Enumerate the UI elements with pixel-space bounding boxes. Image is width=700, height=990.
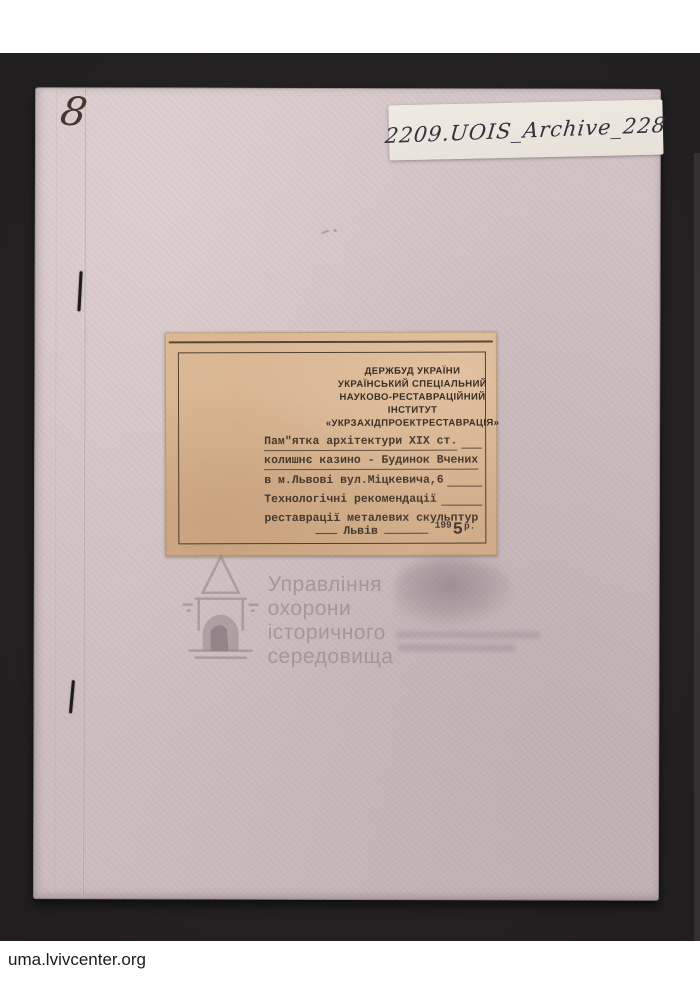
year-typed-digits: 199 (435, 520, 452, 532)
tower-watermark-icon (175, 551, 267, 661)
institution-line: «УКРЗАХІДПРОЕКТРЕСТАВРАЦІЯ» (295, 416, 530, 430)
institution-line: ІНСТИТУТ (295, 403, 530, 417)
archive-code-handwriting: 2209.UOIS_Archive_228 (384, 112, 668, 147)
archive-code-sticker: 2209.UOIS_Archive_228 (388, 99, 663, 160)
watermark-line: охорони (268, 597, 394, 621)
watermark-line: Управління (268, 573, 394, 597)
title-line: Пам"ятка архітектури XIX ст. (264, 432, 482, 452)
watermark-line: історичного (268, 621, 394, 645)
typed-title-block: Пам"ятка архітектури XIX ст. колишнє каз… (264, 432, 482, 528)
watermark-line: середовища (268, 645, 394, 669)
paper-crease (82, 87, 86, 899)
title-line: Технологічні рекомендації (264, 489, 482, 509)
scanned-document-page: 8 2209.UOIS_Archive_228 ДЕРЖБУД УКРАЇНИ … (0, 0, 700, 990)
institution-line: УКРАЇНСЬКИЙ СПЕЦІАЛЬНИЙ (295, 377, 530, 391)
institution-line: НАУКОВО-РЕСТАВРАЦІЙНИЙ (295, 390, 530, 404)
ink-bleedthrough-text (396, 631, 541, 638)
institution-header: ДЕРЖБУД УКРАЇНИ УКРАЇНСЬКИЙ СПЕЦІАЛЬНИЙ … (295, 364, 530, 430)
source-website-label: uma.lvivcenter.org (8, 950, 146, 970)
title-line: колишнє казино - Будинок Вчених (264, 451, 482, 471)
year-added-digit: 5 (453, 523, 463, 538)
dash-rule (315, 533, 337, 534)
cover-title-label: ДЕРЖБУД УКРАЇНИ УКРАЇНСЬКИЙ СПЕЦІАЛЬНИЙ … (165, 332, 498, 557)
year-unit: р. (464, 521, 475, 533)
pencil-smudge (321, 228, 343, 236)
ink-bleedthrough-stamp (396, 558, 514, 626)
document-cover-paper: 8 2209.UOIS_Archive_228 ДЕРЖБУД УКРАЇНИ … (33, 87, 661, 901)
watermark-caption: Управління охорони історичного середовищ… (268, 573, 394, 669)
city-label: Львів (343, 525, 378, 538)
dash-rule (384, 533, 429, 534)
staple-mark (69, 680, 75, 713)
city-year-row: Львів 199 5 р. (315, 516, 475, 538)
year-group: 199 5 р. (435, 523, 476, 538)
paper-crease (53, 87, 57, 899)
title-line: в м.Львові вул.Міцкевича,6 (264, 470, 482, 490)
scan-edge-highlight (694, 153, 700, 941)
staple-mark (77, 271, 82, 311)
ink-bleedthrough-text (398, 644, 516, 651)
label-top-rule (169, 341, 493, 344)
institution-line: ДЕРЖБУД УКРАЇНИ (295, 364, 530, 378)
